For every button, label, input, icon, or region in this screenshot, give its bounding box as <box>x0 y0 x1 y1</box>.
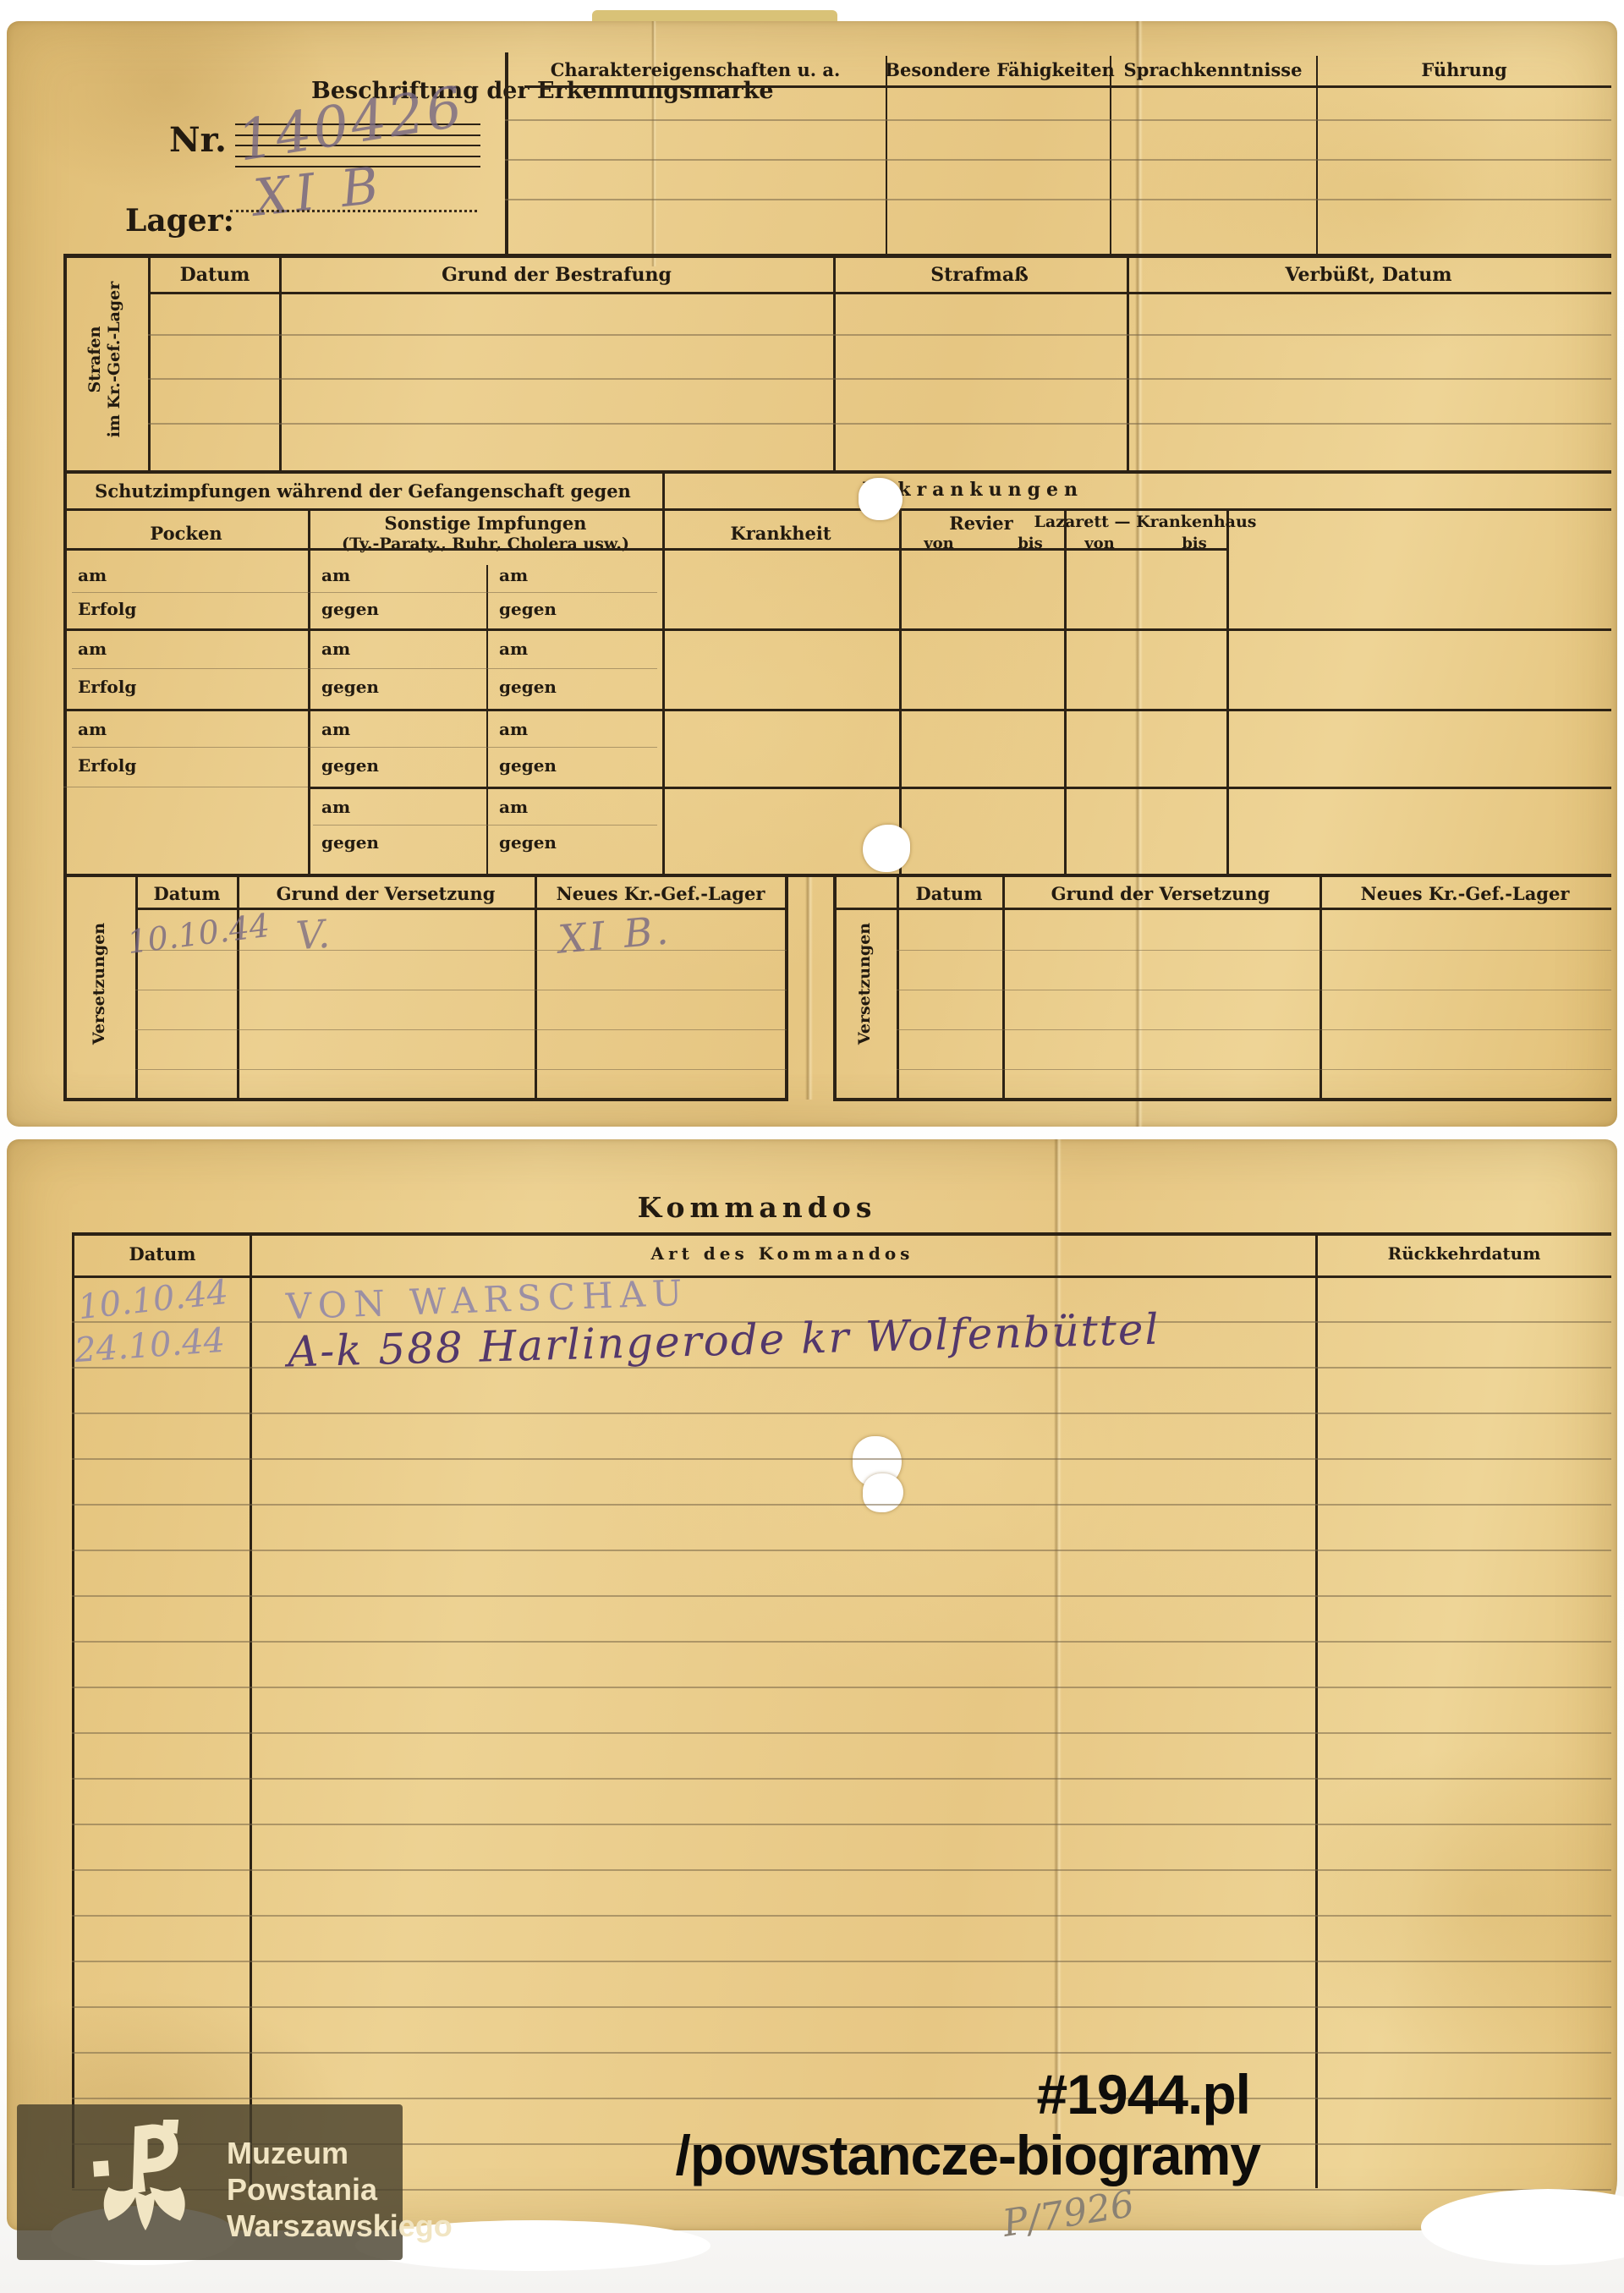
pocken-erfolg-2: Erfolg <box>78 677 136 697</box>
kotwica-anchor-logo <box>91 2120 200 2245</box>
versetzung-entry-grund: V. <box>294 911 331 959</box>
sonstige1-am-1: am <box>321 565 350 585</box>
table-line <box>135 950 787 951</box>
table-line <box>1226 508 1229 875</box>
kommandos-title: Kommandos <box>638 1191 877 1224</box>
table-line <box>63 628 1611 631</box>
versetz-left-header-neues: Neues Kr.-Gef.-Lager <box>557 883 765 904</box>
table-line <box>63 874 1611 877</box>
table-line <box>897 1069 1611 1070</box>
strafen-header-datum: Datum <box>180 264 250 286</box>
table-line <box>148 254 151 472</box>
table-line <box>72 1232 74 2188</box>
versetz-left-header-grund: Grund der Versetzung <box>277 883 496 904</box>
kommandos-row-line <box>72 2052 1611 2054</box>
table-line <box>135 1069 787 1070</box>
kommandos-row-line <box>72 1732 1611 1734</box>
pocken-am-2: am <box>78 639 107 659</box>
strafen-header-strafmass: Strafmaß <box>930 264 1029 286</box>
table-line <box>505 119 1611 121</box>
table-line <box>72 1232 1611 1236</box>
table-line <box>72 747 657 748</box>
versetz-right-header-grund: Grund der Versetzung <box>1051 883 1270 904</box>
lager-label: Lager: <box>125 203 234 239</box>
kommandos-row-line <box>72 1413 1611 1414</box>
table-line <box>148 334 1611 336</box>
table-line <box>505 159 1611 161</box>
table-line <box>505 52 508 254</box>
nr-label: Nr. <box>169 120 227 160</box>
table-line <box>250 1232 252 2188</box>
table-line <box>63 548 1229 551</box>
table-line <box>279 254 282 472</box>
table-line <box>63 254 67 1100</box>
kommandos-row-line <box>72 1687 1611 1688</box>
lager-dotted-line <box>230 210 477 212</box>
krankheit-header: Krankheit <box>730 523 831 544</box>
sonstige2-am-4: am <box>499 797 528 817</box>
table-line <box>135 908 787 910</box>
table-line <box>148 423 1611 425</box>
pocken-am-3: am <box>78 719 107 739</box>
kommandos-row-line <box>72 1869 1611 1871</box>
col-header-sprachkenntnisse: Sprachkenntnisse <box>1124 59 1303 80</box>
sonstige-header-line1: Sonstige Impfungen <box>385 513 587 534</box>
table-line <box>63 1098 788 1101</box>
strafen-header-grund: Grund der Bestrafung <box>442 264 672 286</box>
table-line <box>148 378 1611 380</box>
sonstige2-gegen-3: gegen <box>499 755 557 776</box>
pocken-am-1: am <box>78 565 107 585</box>
table-line <box>63 709 1611 711</box>
kommandos-header-datum: Datum <box>129 1243 195 1264</box>
pocken-header: Pocken <box>150 523 222 544</box>
kommandos-row-line <box>72 1458 1611 1460</box>
tag-1944: #1944.pl <box>761 2062 1250 2126</box>
table-line <box>897 1029 1611 1030</box>
fold-crease <box>651 21 656 266</box>
table-line <box>148 292 1611 294</box>
table-line <box>72 592 657 593</box>
strafen-header-verbuesst: Verbüßt, Datum <box>1286 264 1452 286</box>
sonstige1-am-4: am <box>321 797 350 817</box>
col-header-faehigkeiten: Besondere Fähigkeiten <box>885 59 1115 80</box>
sonstige2-gegen-4: gegen <box>499 832 557 853</box>
sonstige1-gegen-4: gegen <box>321 832 379 853</box>
table-line <box>1064 508 1067 875</box>
kommandos-row-line <box>72 1915 1611 1917</box>
table-line <box>524 85 1611 88</box>
table-line <box>135 990 787 990</box>
versetzungen-side-label-right: Versetzungen <box>855 882 874 1085</box>
kommandos-row-line <box>72 1504 1611 1506</box>
table-line <box>63 254 1611 258</box>
pocken-erfolg-1: Erfolg <box>78 599 136 619</box>
col-header-charakter: Charaktereigenschaften u. a. <box>551 59 841 80</box>
tag-biogramy: /powstancze-biogramy <box>364 2123 1260 2187</box>
pocken-erfolg-3: Erfolg <box>78 755 136 776</box>
punch-hole <box>859 478 903 520</box>
impfungen-title: Schutzimpfungen während der Gefangenscha… <box>95 480 631 502</box>
versetz-right-header-neues: Neues Kr.-Gef.-Lager <box>1361 883 1570 904</box>
table-line <box>63 787 308 787</box>
kommandos-row-line <box>72 2006 1611 2008</box>
table-line <box>72 1275 1611 1278</box>
punch-hole <box>863 825 910 872</box>
fold-crease <box>1054 1139 1062 2137</box>
kommandos-row-line <box>72 1778 1611 1780</box>
sonstige1-am-2: am <box>321 639 350 659</box>
col-header-fuehrung: Führung <box>1421 59 1506 80</box>
table-line <box>833 1098 1611 1101</box>
scanned-pow-card-page: Beschriftung der Erkennungsmarke Nr. 140… <box>0 0 1624 2293</box>
versetz-left-header-datum: Datum <box>153 883 220 904</box>
table-line <box>833 908 1611 910</box>
table-line <box>308 787 1611 789</box>
kommandos-row-line <box>72 1550 1611 1551</box>
table-line <box>899 508 902 875</box>
table-line <box>63 508 1611 511</box>
kommandos-row-line <box>72 1595 1611 1597</box>
table-line <box>662 472 665 875</box>
table-line <box>897 990 1611 990</box>
sonstige1-gegen-3: gegen <box>321 755 379 776</box>
table-line <box>72 668 657 669</box>
table-line <box>135 1029 787 1030</box>
versetz-right-header-datum: Datum <box>915 883 982 904</box>
fold-crease <box>1135 21 1143 1127</box>
strafen-side-label: Strafen im Kr.-Gef.-Lager <box>85 258 124 461</box>
sonstige2-am-2: am <box>499 639 528 659</box>
fold-crease <box>805 875 813 1100</box>
kommandos-header-rueckkehr: Rückkehrdatum <box>1388 1243 1541 1264</box>
kommandos-header-art: Art des Kommandos <box>651 1243 914 1264</box>
versetzungen-side-label-left: Versetzungen <box>90 882 108 1085</box>
sonstige1-gegen-1: gegen <box>321 599 379 619</box>
table-line <box>505 199 1611 200</box>
table-line <box>1315 1232 1318 2188</box>
table-line <box>1127 254 1129 472</box>
sonstige2-am-1: am <box>499 565 528 585</box>
revier-header: Revier <box>949 513 1012 534</box>
table-line <box>313 825 657 826</box>
sonstige2-gegen-1: gegen <box>499 599 557 619</box>
table-line <box>897 950 1611 951</box>
table-line <box>308 508 310 875</box>
kommandos-row-line <box>72 1961 1611 1962</box>
table-line <box>486 565 488 875</box>
lazarett-header: Lazarett — Krankenhaus <box>1034 513 1256 531</box>
kommandos-row-line <box>72 1641 1611 1643</box>
table-line <box>833 254 836 472</box>
sonstige2-gegen-2: gegen <box>499 677 557 697</box>
sonstige2-am-3: am <box>499 719 528 739</box>
sonstige1-am-3: am <box>321 719 350 739</box>
kommandos-row-line <box>72 1824 1611 1825</box>
table-line <box>63 470 1611 474</box>
sonstige1-gegen-2: gegen <box>321 677 379 697</box>
